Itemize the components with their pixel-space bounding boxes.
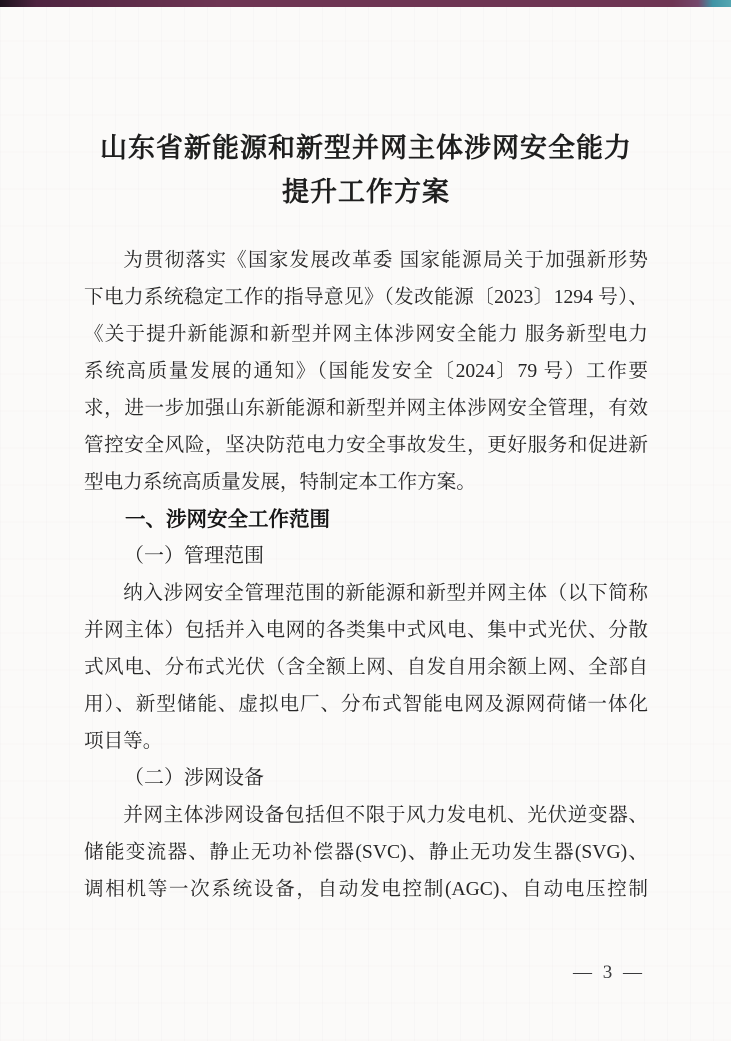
document-title-line-2: 提升工作方案	[84, 170, 648, 214]
document-body: 为贯彻落实《国家发展改革委 国家能源局关于加强新形势 下电力系统稳定工作的指导意…	[84, 242, 648, 908]
paragraph-line: 求，进一步加强山东新能源和新型并网主体涉网安全管理，有效	[84, 390, 648, 427]
section-heading-1: 一、涉网安全工作范围	[84, 501, 648, 538]
paragraph-line: 下电力系统稳定工作的指导意见》（发改能源〔2023〕1294 号）、	[84, 279, 648, 316]
paragraph-line: 式风电、分布式光伏（含全额上网、自发自用余额上网、全部自	[84, 649, 648, 686]
paragraph-line: 为贯彻落实《国家发展改革委 国家能源局关于加强新形势	[84, 242, 648, 279]
paragraph-line: 并网主体涉网设备包括但不限于风力发电机、光伏逆变器、	[84, 797, 648, 834]
document-title-line-1: 山东省新能源和新型并网主体涉网安全能力	[84, 126, 648, 170]
paragraph-line: 管控安全风险，坚决防范电力安全事故发生，更好服务和促进新	[84, 427, 648, 464]
subsection-heading-2: （二）涉网设备	[84, 760, 648, 797]
paragraph-line: 储能变流器、静止无功补偿器(SVC)、静止无功发生器(SVG)、	[84, 834, 648, 871]
paragraph-line: 项目等。	[84, 723, 648, 760]
subsection-heading-1: （一）管理范围	[84, 538, 648, 575]
document-title: 山东省新能源和新型并网主体涉网安全能力 提升工作方案	[84, 126, 648, 214]
scan-top-edge-band	[0, 0, 731, 7]
paragraph-line: 型电力系统高质量发展，特制定本工作方案。	[84, 464, 648, 501]
scanned-document-page: { "scan": { "paper_color": "#fbfaf9", "i…	[0, 0, 731, 1041]
paragraph-line: 系统高质量发展的通知》（国能发安全〔2024〕79 号）工作要	[84, 353, 648, 390]
paragraph-line: 用）、新型储能、虚拟电厂、分布式智能电网及源网荷储一体化	[84, 686, 648, 723]
paragraph-line: 并网主体）包括并入电网的各类集中式风电、集中式光伏、分散	[84, 612, 648, 649]
paragraph-line: 《关于提升新能源和新型并网主体涉网安全能力 服务新型电力	[84, 316, 648, 353]
paragraph-line: 纳入涉网安全管理范围的新能源和新型并网主体（以下简称	[84, 575, 648, 612]
page-number: — 3 —	[573, 962, 645, 984]
paragraph-line: 调相机等一次系统设备，自动发电控制(AGC)、自动电压控制	[84, 871, 648, 908]
